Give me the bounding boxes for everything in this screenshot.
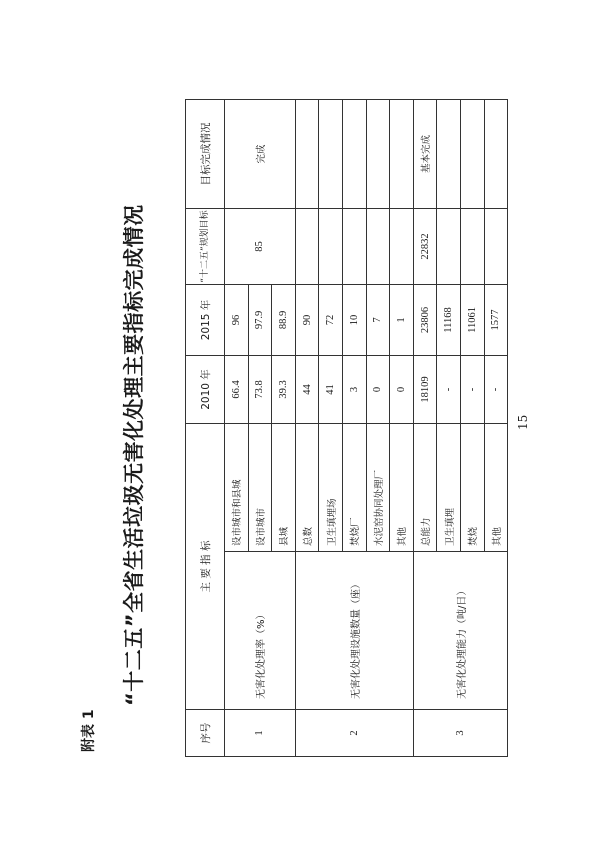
sub-indicator-cell: 其他	[390, 423, 414, 551]
header-target: “十二五”规划目标	[186, 208, 225, 284]
sub-indicator-cell: 县城	[272, 423, 296, 551]
target-cell	[319, 208, 343, 284]
sub-indicator-cell: 焚烧厂	[342, 423, 366, 551]
sub-indicator-cell: 总能力	[413, 423, 437, 551]
status-cell	[437, 99, 461, 208]
value-2015-cell: 72	[319, 284, 343, 355]
indicator-table-wrapper: 序号 主 要 指 标 2010 年 2015 年 “十二五”规划目标 目标完成情…	[185, 100, 508, 757]
value-2015-cell: 88.9	[272, 284, 296, 355]
value-2010-cell: -	[437, 355, 461, 423]
value-2010-cell: 66.4	[225, 355, 249, 423]
sub-indicator-cell: 卫生填埋	[437, 423, 461, 551]
target-cell	[460, 208, 484, 284]
value-2010-cell: 3	[342, 355, 366, 423]
target-cell	[295, 208, 319, 284]
status-cell	[366, 99, 390, 208]
status-cell	[295, 99, 319, 208]
table-row: 3无害化处理能力（吨/日）总能力181092380622832基本完成	[413, 99, 437, 756]
header-2015: 2015 年	[186, 284, 225, 355]
status-cell	[484, 99, 508, 208]
header-2010: 2010 年	[186, 355, 225, 423]
value-2015-cell: 11168	[437, 284, 461, 355]
appendix-label: 附表 1	[78, 709, 98, 752]
group-name-cell: 无害化处理率（%）	[225, 552, 296, 710]
value-2010-cell: -	[484, 355, 508, 423]
sub-indicator-cell: 卫生填埋场	[319, 423, 343, 551]
value-2015-cell: 1577	[484, 284, 508, 355]
value-2010-cell: 0	[390, 355, 414, 423]
value-2010-cell: 44	[295, 355, 319, 423]
value-2015-cell: 23806	[413, 284, 437, 355]
value-2010-cell: 18109	[413, 355, 437, 423]
value-2015-cell: 1	[390, 284, 414, 355]
target-cell	[484, 208, 508, 284]
value-2010-cell: 0	[366, 355, 390, 423]
group-name-cell: 无害化处理能力（吨/日）	[413, 552, 507, 710]
status-cell	[390, 99, 414, 208]
seq-cell: 3	[413, 710, 507, 757]
seq-cell: 1	[225, 710, 296, 757]
sub-indicator-cell: 设市城市	[248, 423, 272, 551]
header-indicator: 主 要 指 标	[186, 423, 225, 709]
status-cell: 完成	[225, 99, 296, 208]
header-status: 目标完成情况	[186, 99, 225, 208]
header-row: 序号 主 要 指 标 2010 年 2015 年 “十二五”规划目标 目标完成情…	[186, 99, 225, 756]
seq-cell: 2	[295, 710, 413, 757]
value-2010-cell: 41	[319, 355, 343, 423]
header-seq: 序号	[186, 710, 225, 757]
table-row: 2无害化处理设施数量（座）总数4490	[295, 99, 319, 756]
sub-indicator-cell: 总数	[295, 423, 319, 551]
value-2015-cell: 10	[342, 284, 366, 355]
value-2015-cell: 96	[225, 284, 249, 355]
target-cell	[390, 208, 414, 284]
status-cell: 基本完成	[413, 99, 437, 208]
sub-indicator-cell: 其他	[484, 423, 508, 551]
status-cell	[319, 99, 343, 208]
target-cell	[366, 208, 390, 284]
status-cell	[460, 99, 484, 208]
value-2010-cell: -	[460, 355, 484, 423]
sub-indicator-cell: 设市城市和县城	[225, 423, 249, 551]
page-number: 15	[516, 415, 530, 430]
value-2015-cell: 7	[366, 284, 390, 355]
value-2015-cell: 97.9	[248, 284, 272, 355]
sub-indicator-cell: 水泥窑协同处理厂	[366, 423, 390, 551]
target-cell	[437, 208, 461, 284]
table-row: 1无害化处理率（%）设市城市和县城66.49685完成	[225, 99, 249, 756]
indicator-table: 序号 主 要 指 标 2010 年 2015 年 “十二五”规划目标 目标完成情…	[185, 99, 508, 757]
target-cell: 85	[225, 208, 296, 284]
target-cell	[342, 208, 366, 284]
value-2010-cell: 39.3	[272, 355, 296, 423]
value-2015-cell: 90	[295, 284, 319, 355]
document-title: “十二五”全省生活垃圾无害化处理主要指标完成情况	[118, 204, 148, 706]
sub-indicator-cell: 焚烧	[460, 423, 484, 551]
status-cell	[342, 99, 366, 208]
value-2015-cell: 11061	[460, 284, 484, 355]
group-name-cell: 无害化处理设施数量（座）	[295, 552, 413, 710]
target-cell: 22832	[413, 208, 437, 284]
value-2010-cell: 73.8	[248, 355, 272, 423]
